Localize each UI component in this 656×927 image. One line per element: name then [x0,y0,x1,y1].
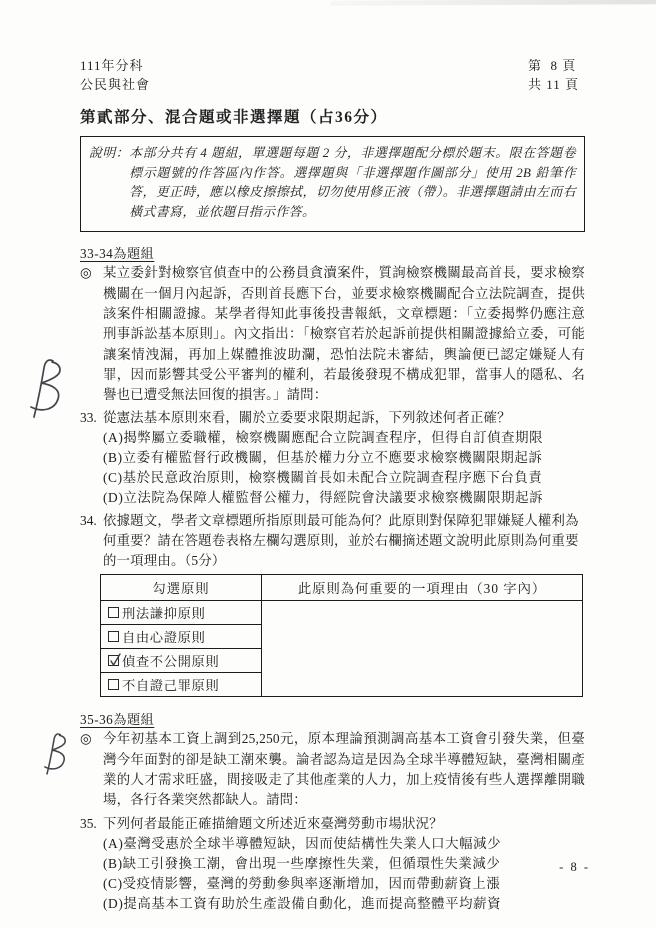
principle-label: 不自證己罪原則 [122,675,219,694]
question-number: 35. [80,814,103,914]
scan-artifact [330,0,656,6]
passage-marker: ◎ [80,729,103,810]
option-c: (C)基於民意政治原則，檢察機關首長如未配合立院調查程序應下台負責 [103,468,585,488]
page-header: 111年分科 公民與社會 第 8 頁 共 11 頁 [80,56,585,94]
page-content: 111年分科 公民與社會 第 8 頁 共 11 頁 第貳部分、混合題或非選擇題（… [80,56,585,914]
question-34: 34. 依據題文，學者文章標題所指原則最可能為何？此原則對保障犯罪嫌疑人權利為何… [80,511,585,571]
instruction-label: 說明： [89,144,129,222]
instruction-box: 說明： 本部分共有 4 題組，單選題每題 2 分，非選擇題配分標於題末。限在答題… [80,136,585,232]
principle-option-2: 自由心證原則 [108,627,261,646]
option-b: (B)立委有權監督行政機關，但基於權力分立不應要求檢察機關限期起訴 [103,448,585,468]
group-heading-35-36: 35-36為題組 [80,709,585,728]
exam-paper-page: 111年分科 公民與社會 第 8 頁 共 11 頁 第貳部分、混合題或非選擇題（… [0,0,656,927]
checkbox-checked-icon [108,655,119,666]
checkbox-icon [108,631,119,642]
option-b: (B)缺工引發換工潮，會出現一些摩擦性失業，但循環性失業減少 [103,854,585,874]
passage-marker: ◎ [80,263,103,405]
question-35: 35. 下列何者最能正確描繪題文所述近來臺灣勞動市場狀況？ (A)臺灣受惠於全球… [80,814,585,914]
question-33: 33. 從憲法基本原則來看，關於立委要求限期起訴，下列敘述何者正確？ (A)揭弊… [80,408,585,508]
handwritten-answer-35 [40,729,68,786]
question-stem: 下列何者最能正確描繪題文所述近來臺灣勞動市場狀況？ [103,816,443,831]
passage-text: 今年初基本工資上調到25,250元，原本理論預測調高基本工資會引發失業，但臺灣今… [103,729,585,810]
question-number: 34. [80,511,103,571]
table-header-row: 勾選原則 此原則為何重要的一項理由（30 字內） [101,575,583,601]
option-c: (C)受疫情影響，臺灣的勞動參與率逐漸增加，因而帶動薪資上漲 [103,874,585,894]
principle-label: 自由心證原則 [122,627,205,646]
group-heading-33-34: 33-34為題組 [80,243,585,262]
subject-label: 公民與社會 [80,75,150,94]
instruction-text: 本部分共有 4 題組，單選題每題 2 分，非選擇題配分標於題末。限在答題卷標示題… [129,144,576,222]
passage-33-34: ◎ 某立委針對檢察官偵查中的公務員貪瀆案件，質詢檢察機關最高首長，要求檢察機關在… [80,263,585,405]
header-right: 第 8 頁 共 11 頁 [528,56,585,94]
question-body: 依據題文，學者文章標題所指原則最可能為何？此原則對保障犯罪嫌疑人權利為何重要？請… [103,511,585,571]
principle-label: 偵查不公開原則 [122,651,219,670]
principle-option-4: 不自證己罪原則 [108,675,261,694]
checkbox-icon [108,607,119,618]
option-a: (A)揭弊屬立委職權，檢察機關應配合立院調查程序，但得自訂偵查期限 [103,428,585,448]
table-row: 刑法謙抑原則 [101,601,583,625]
option-d: (D)提高基本工資有助於生產設備自動化，進而提高整體平均薪資 [103,894,585,914]
passage-text: 某立委針對檢察官偵查中的公務員貪瀆案件，質詢檢察機關最高首長，要求檢察機關在一個… [103,263,585,405]
page-number-label: 第 8 頁 [528,56,579,75]
exam-year-label: 111年分科 [80,56,150,75]
footer-page-number: - 8 - [559,860,590,875]
reason-answer-cell [262,601,583,697]
column-header-reason: 此原則為何重要的一項理由（30 字內） [262,575,583,601]
header-left: 111年分科 公民與社會 [80,56,150,94]
question-stem: 從憲法基本原則來看，關於立委要求限期起訴，下列敘述何者正確？ [103,410,511,425]
total-pages-label: 共 11 頁 [528,75,579,94]
question-number: 33. [80,408,103,508]
principle-option-1: 刑法謙抑原則 [108,603,261,622]
option-a: (A)臺灣受惠於全球半導體短缺，因而使結構性失業人口大幅減少 [103,834,585,854]
option-d: (D)立法院為保障人權監督公權力，得經院會決議要求檢察機關限期起訴 [103,488,585,508]
principle-option-3: 偵查不公開原則 [108,651,261,670]
principle-label: 刑法謙抑原則 [122,603,205,622]
checkbox-icon [108,679,119,690]
answer-table: 勾選原則 此原則為何重要的一項理由（30 字內） 刑法謙抑原則 自由心證原則 [100,574,583,697]
passage-35-36: ◎ 今年初基本工資上調到25,250元，原本理論預測調高基本工資會引發失業，但臺… [80,729,585,810]
question-stem: 依據題文，學者文章標題所指原則最可能為何？此原則對保障犯罪嫌疑人權利為何重要？請… [103,513,579,568]
handwritten-answer-33 [24,357,64,428]
question-body: 從憲法基本原則來看，關於立委要求限期起訴，下列敘述何者正確？ (A)揭弊屬立委職… [103,408,585,508]
column-header-principle: 勾選原則 [101,575,262,601]
question-body: 下列何者最能正確描繪題文所述近來臺灣勞動市場狀況？ (A)臺灣受惠於全球半導體短… [103,814,585,914]
section-title: 第貳部分、混合題或非選擇題（占36分） [80,105,585,127]
